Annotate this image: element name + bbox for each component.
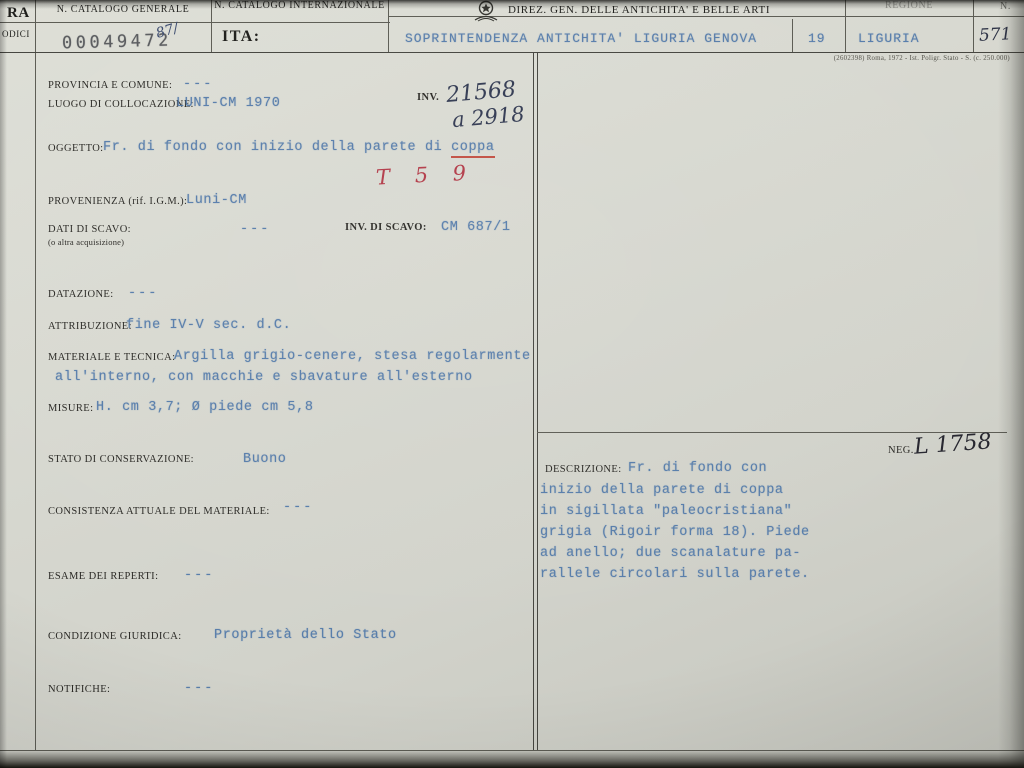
descrizione-line-1: Fr. di fondo con — [628, 461, 767, 476]
descrizione-line-5: ad anello; due scanalature pa- — [540, 546, 801, 561]
catalog-number-handwritten-suffix: 87/ — [154, 20, 180, 42]
bottom-rule — [0, 750, 1024, 751]
descrizione-label: DESCRIZIONE: — [545, 464, 622, 475]
header-divider-2 — [388, 0, 389, 52]
n-value-handwritten: 571 — [978, 24, 1011, 46]
datazione-value: --- — [128, 286, 158, 301]
soprintendenza-value: SOPRINTENDENZA ANTICHITA' LIGURIA GENOVA — [405, 31, 757, 46]
neg-label: NEG. — [888, 445, 914, 456]
provincia-label: PROVINCIA E COMUNE: — [48, 80, 172, 91]
dati-scavo-label: DATI DI SCAVO: — [48, 224, 131, 235]
ita-label: ITA: — [222, 28, 261, 46]
condizione-value: Proprietà dello Stato — [214, 628, 397, 643]
catalogo-generale-header: N. CATALOGO GENERALE — [35, 4, 211, 15]
header-row1-rule-left — [0, 22, 390, 23]
descrizione-line-3: in sigillata "paleocristiana" — [540, 504, 792, 519]
descrizione-line-6: rallele circolari sulla parete. — [540, 567, 810, 582]
center-divider-a — [533, 52, 534, 750]
regione-value: LIGURIA — [858, 31, 920, 46]
dati-scavo-value: --- — [240, 222, 270, 237]
attribuzione-value: fine IV-V sec. d.C. — [126, 318, 291, 333]
consistenza-value: --- — [283, 500, 313, 515]
provincia-value: --- — [183, 77, 213, 92]
consistenza-label: CONSISTENZA ATTUALE DEL MATERIALE: — [48, 506, 270, 517]
misure-label: MISURE: — [48, 403, 93, 414]
misure-value: H. cm 3,7; Ø piede cm 5,8 — [96, 400, 314, 415]
inv-label: INV. — [417, 92, 439, 103]
materiale-value-line1: Argilla grigio-cenere, stesa regolarment… — [174, 349, 531, 364]
inv-number2-handwritten: a 2918 — [451, 102, 525, 132]
provenienza-value: Luni-CM — [186, 193, 247, 208]
state-emblem-icon — [470, 0, 502, 27]
inv-scavo-label: INV. DI SCAVO: — [345, 222, 427, 233]
dati-scavo-sublabel: (o altra acquisizione) — [48, 237, 124, 247]
header-row2-rule — [0, 52, 1024, 53]
descrizione-line-4: grigia (Rigoir forma 18). Piede — [540, 525, 810, 540]
attribuzione-label: ATTRIBUZIONE: — [48, 321, 132, 332]
oggetto-value-text: Fr. di fondo con inizio della parete di — [103, 140, 451, 155]
catalogo-internazionale-header: N. CATALOGO INTERNAZIONALE — [211, 0, 388, 11]
inv-scavo-value: CM 687/1 — [441, 220, 511, 235]
descrizione-line-2: inizio della parete di coppa — [540, 483, 784, 498]
materiale-value-line2: all'interno, con macchie e sbavature all… — [55, 370, 473, 385]
catalog-card: RA N. CATALOGO GENERALE N. CATALOGO INTE… — [0, 0, 1024, 768]
center-divider-b — [537, 52, 538, 750]
oggetto-label: OGGETTO: — [48, 143, 104, 154]
header-divider-n — [973, 0, 974, 52]
stato-label: STATO DI CONSERVAZIONE: — [48, 454, 194, 465]
n-header: N. — [1000, 1, 1011, 12]
esame-value: --- — [184, 568, 214, 583]
condizione-label: CONDIZIONE GIURIDICA: — [48, 631, 182, 642]
notifiche-label: NOTIFICHE: — [48, 684, 110, 695]
datazione-label: DATAZIONE: — [48, 289, 114, 300]
oggetto-value: Fr. di fondo con inizio della parete di … — [103, 140, 495, 155]
direzione-header: DIREZ. GEN. DELLE ANTICHITA' E BELLE ART… — [508, 4, 770, 16]
notifiche-value: --- — [184, 681, 214, 696]
materiale-label: MATERIALE E TECNICA: — [48, 352, 175, 363]
print-note: (2602398) Roma, 1972 - Ist. Poligr. Stat… — [758, 55, 1010, 62]
red-code-handwritten: T 5 9 — [375, 160, 475, 189]
header-divider-19 — [792, 19, 793, 52]
card-edge-text-top: RA — [7, 5, 30, 22]
esame-label: ESAME DEI REPERTI: — [48, 571, 158, 582]
oggetto-underlined-word: coppa — [451, 140, 495, 158]
regione-header: REGIONE — [845, 0, 973, 11]
card-edge-text-codici: ODICI — [2, 29, 30, 39]
provenienza-label: PROVENIENZA (rif. I.G.M.): — [48, 196, 187, 207]
luogo-value: LUNI-CM 1970 — [176, 96, 280, 111]
stato-value: Buono — [243, 452, 287, 467]
luogo-label: LUOGO DI COLLOCAZIONE: — [48, 99, 194, 110]
code-value: 19 — [808, 31, 826, 46]
border-left-vertical — [35, 0, 36, 750]
neg-number-handwritten: L 1758 — [913, 429, 992, 459]
